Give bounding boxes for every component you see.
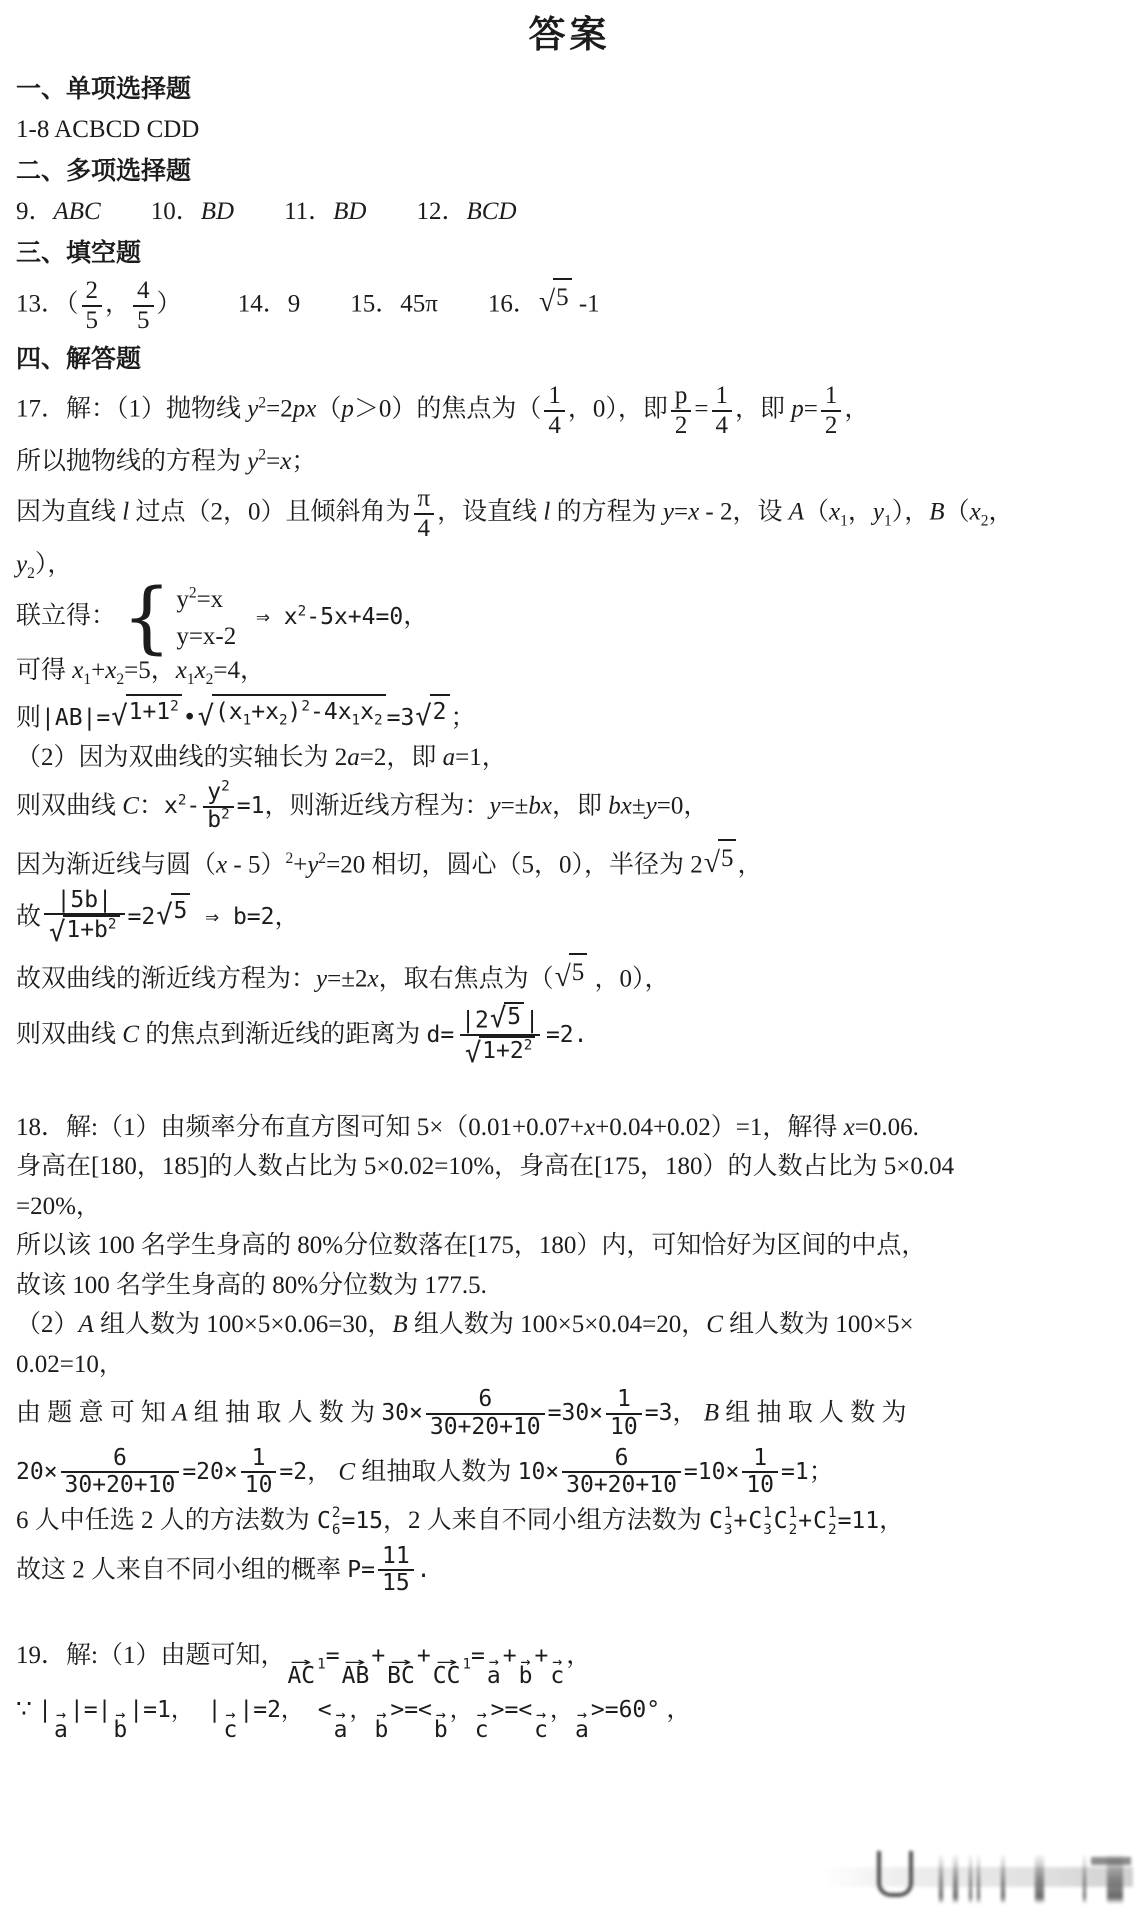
vector-arrow-icon: → [291,1657,312,1665]
radicand: 1+12 [126,694,182,729]
combination-base: C [709,1506,723,1538]
superscript: 2 [178,793,187,809]
math-variable: C [706,1311,723,1338]
math-variable: x [829,498,840,525]
combination-base: C [317,1506,331,1538]
smudge-bar [1083,1855,1086,1903]
vector: →a [334,1710,348,1741]
combination-indices: 13 [724,1505,733,1538]
math-variable: y [247,396,258,423]
fraction-denominator: 10 [742,1471,778,1499]
solution-line: 故|5b|√1+b2=2√5 ⇒ b=2， [16,888,1123,948]
solution-line: 0.02=10， [16,1348,1123,1383]
vector-letters: c [534,1719,548,1742]
fraction-numerator: 1 [712,382,733,410]
solution-line: 6 人中任选 2 人的方法数为 C26=15，2 人来自不同小组方法数为 C13… [16,1504,1123,1539]
math-variable: B [704,1399,719,1426]
combination-upper: 1 [763,1505,772,1521]
fraction-denominator: 10 [606,1413,642,1441]
fraction-numerator: 1 [544,382,565,410]
formula-run: P=1115. [347,1557,430,1583]
radicand: 5 [553,278,572,316]
square-root: √5 [490,1002,524,1031]
math-variable: y [646,792,657,819]
math-variable: bx [528,792,552,819]
equation-system: {y2=xy=x-2 [122,587,236,649]
square-root: √5 [539,278,572,316]
solution-line: （2）A 组人数为 100×5×0.06=30，B 组人数为 100×5×0.0… [16,1308,1123,1343]
fraction: π4 [413,485,434,543]
fraction-denominator: 30+20+10 [61,1471,180,1499]
vector-arrow-icon: → [345,1657,366,1665]
combination-base: C [774,1506,788,1538]
math-variable: x [280,448,291,475]
combination-indices: 12 [828,1505,837,1538]
formula-run: d=|2√5|√1+22=2. [426,1022,587,1048]
solution-line: 20×630+20+10=20×110=2， C 组抽取人数为 10×630+2… [16,1446,1123,1500]
fraction-denominator: b2 [203,806,233,834]
combination-upper: 2 [332,1505,341,1521]
solution-line: 17．解：（1）抛物线 y2=2px（p＞0）的焦点为（14，0），即p2=14… [16,382,1123,440]
math-variable: y [873,498,884,525]
formula-run: ⇒ x2-5x+4=0 [242,604,403,630]
section-heading: 四、解答题 [16,343,1123,378]
math-variable: BCD [467,198,517,225]
fraction-denominator: 30+20+10 [426,1413,545,1441]
fraction: |2√5|√1+22 [457,1002,543,1069]
fraction: p2 [671,382,692,440]
math-variable: A [79,1311,94,1338]
math-variable: y [247,448,258,475]
math-variable: l [122,498,129,525]
superscript: 2 [298,603,307,619]
math-variable: C [122,792,139,819]
superscript: 2 [285,850,293,867]
math-variable: l [543,498,550,525]
fraction: 14 [544,382,565,440]
combination-upper: 1 [724,1505,733,1521]
answer-document: 答案一、单项选择题1-8 ACBCD CDD二、多项选择题9．ABC 10．BD… [0,0,1137,1742]
equation-row: y=x-2 [176,624,236,649]
subscript: 1 [83,671,91,688]
superscript: 2 [258,394,266,411]
fraction: 110 [241,1446,277,1500]
fraction-denominator: 4 [544,410,565,440]
combination-symbol: C12 [774,1505,797,1538]
fraction: y2b2 [203,780,233,834]
solution-line: ∵ |→a|=|→b|=1， |→c|=2， <→a，→b>=<→b，→c>=<… [16,1693,1123,1742]
math-variable: a [443,744,456,771]
fraction-denominator: 5 [133,305,154,335]
math-variable: x [176,657,187,684]
solution-line: 18．解:（1）由频率分布直方图可知 5×（0.01+0.07+x+0.04+0… [16,1111,1123,1146]
formula-run: 30×630+20+10=30×110=3 [381,1400,672,1426]
fraction: 630+20+10 [562,1446,681,1500]
solution-line: 1-8 ACBCD CDD [16,113,1123,148]
fraction-denominator: 2 [821,410,842,440]
math-variable: C [338,1458,355,1485]
section-heading: 一、单项选择题 [16,73,1123,108]
smudge-bar [939,1855,943,1903]
radicand: 2 [430,694,450,729]
fraction: 630+20+10 [426,1387,545,1441]
formula-run: 20×630+20+10=20×110=2 [16,1459,307,1485]
math-variable: x [970,498,981,525]
formula-run: C26=15 [316,1508,383,1534]
superscript: 2 [301,698,310,714]
fraction: 45 [133,277,154,335]
fraction-numerator: p [671,382,692,410]
combination-lower: 2 [789,1522,798,1538]
square-root: √(x1+x2)2-4x1x2 [198,694,386,729]
formula-run: |AB|=√1+12•√(x1+x2)2-4x1x2=3√2 [41,705,450,731]
square-root: √5 [555,953,588,991]
math-variable: x [72,657,83,684]
smudge-u-shape [877,1851,913,1897]
fraction: 12 [821,382,842,440]
math-variable: y [16,551,27,578]
vector: →CC [433,1657,461,1688]
fraction-numerator: 4 [133,277,154,305]
smudge-bar [969,1855,972,1903]
math-variable: y [663,498,674,525]
vector-letters: b [375,1719,389,1742]
fraction: 110 [606,1387,642,1441]
math-variable: BD [201,198,234,225]
vector-arrow-icon: → [391,1657,412,1665]
fraction: 630+20+10 [61,1446,180,1500]
solution-line: 身高在[180，185]的人数占比为 5×0.02=10%，身高在[175，18… [16,1150,1123,1185]
math-variable: y [307,851,318,878]
fraction: |5b|√1+b2 [44,888,124,948]
brace-icon: { [122,588,171,648]
vector-letters: c [550,1665,564,1688]
solution-line: y2）， [16,548,1123,583]
fraction-denominator: 5 [82,305,103,335]
fraction-denominator: 2 [671,410,692,440]
combination-indices: 13 [763,1505,772,1538]
paragraph-spacer [16,1602,1123,1634]
combination-upper: 1 [789,1505,798,1521]
fraction: 25 [82,277,103,335]
equation-row: y2=x [176,587,236,612]
math-variable: x [216,851,227,878]
solution-line: 因为渐近线与圆（x - 5）2+y2=20 相切，圆心（5，0），半径为 2√5… [16,839,1123,883]
fraction-numerator: 1 [749,1446,771,1472]
radicand: 5 [569,953,588,991]
vector-letters: a [575,1719,589,1742]
solution-line: 故这 2 人来自不同小组的概率 P=1115. [16,1544,1123,1598]
radicand: 1+22 [479,1036,535,1065]
equation-rows: y2=xy=x-2 [176,587,236,649]
fraction-numerator: 1 [821,382,842,410]
subscript: 2 [27,565,35,582]
smudge-bar [1035,1855,1044,1903]
solution-line: 9．ABC 10．BD 11．BD 12．BCD [16,195,1123,230]
math-variable: B [929,498,944,525]
smudge-cap [1091,1857,1131,1865]
fraction-numerator: y2 [203,780,233,806]
vector: →c [534,1710,548,1741]
math-variable: px [293,396,317,423]
superscript: 2 [258,447,266,464]
combination-symbol: C12 [813,1505,836,1538]
vector: →AC [287,1657,315,1688]
combination-lower: 6 [332,1522,341,1538]
subscript: 2 [279,712,288,728]
superscript: 2 [221,779,230,795]
subscript: 2 [116,671,124,688]
combination-symbol: C26 [317,1505,340,1538]
subscript: 1 [462,1657,471,1673]
smudge-bar [977,1855,980,1903]
math-variable: bx [608,792,632,819]
subscript: 1 [187,671,195,688]
vector: →c [475,1710,489,1741]
vector: →b [434,1710,448,1741]
combination-upper: 1 [828,1505,837,1521]
math-variable: ABC [54,198,101,225]
combination-indices: 26 [332,1505,341,1538]
solution-line: 所以抛物线的方程为 y2=x； [16,445,1123,480]
combination-base: C [748,1506,762,1538]
fraction-numerator: 1 [613,1387,635,1413]
radicand: 5 [718,839,737,877]
subscript: 2 [206,671,214,688]
combination-symbol: C13 [748,1505,771,1538]
formula-run: 10×630+20+10=10×110=1 [518,1459,809,1485]
section-heading: 三、填空题 [16,237,1123,272]
vector-letters: c [224,1719,238,1742]
solution-line: （2）因为双曲线的实轴长为 2a=2，即 a=1， [16,741,1123,776]
math-variable: x [195,657,206,684]
vector: →b [375,1710,389,1741]
vector: →AB [342,1657,370,1688]
vector: →BC [387,1657,415,1688]
solution-line: 则双曲线 C：x2-y2b2=1，则渐近线方程为：y=±bx，即 bx±y=0， [16,780,1123,834]
solution-line: 则|AB|=√1+12•√(x1+x2)2-4x1x2=3√2； [16,694,1123,736]
fraction-denominator: 4 [414,513,435,543]
subscript: 1 [243,712,252,728]
square-root: √1+b2 [49,915,119,944]
superscript: 2 [524,1038,533,1054]
subscript: 1 [317,1657,326,1673]
combination-symbol: C13 [709,1505,732,1538]
math-variable: BD [333,198,366,225]
math-variable: A [789,498,804,525]
fraction: 1115 [378,1544,414,1598]
solution-line: 由 题 意 可 知 A 组 抽 取 人 数 为 30×630+20+10=30×… [16,1387,1123,1441]
subscript: 1 [352,712,361,728]
math-variable: p [341,396,354,423]
math-variable: A [172,1399,187,1426]
combination-lower: 2 [828,1522,837,1538]
math-variable: C [122,1021,139,1048]
paragraph-spacer [16,1074,1123,1106]
solution-line: 所以该 100 名学生身高的 80%分位数落在[175，180）内，可知恰好为区… [16,1229,1123,1264]
vector-letters: b [519,1665,533,1688]
page-title: 答案 [16,10,1123,61]
vector: →a [54,1710,68,1741]
vector-letters: b [434,1719,448,1742]
superscript: 2 [108,917,117,933]
smudge-bar [1001,1855,1005,1903]
subscript: 1 [840,512,848,529]
combination-lower: 3 [763,1522,772,1538]
solution-line: 则双曲线 C 的焦点到渐近线的距离为 d=|2√5|√1+22=2. [16,1002,1123,1069]
solution-line: =20%， [16,1190,1123,1225]
fraction-numerator: 6 [109,1446,131,1472]
fraction-numerator: 2 [82,277,103,305]
vector-arrow-icon: → [436,1657,457,1665]
fraction-denominator: 30+20+10 [562,1471,681,1499]
vector: →a [575,1710,589,1741]
fraction: 110 [742,1446,778,1500]
fraction-numerator: |5b| [53,888,116,914]
fraction-denominator: √1+22 [460,1034,540,1068]
fraction-numerator: π [413,485,434,513]
solution-line: 因为直线 l 过点（2，0）且倾斜角为π4，设直线 l 的方程为 y=x - 2… [16,485,1123,543]
math-variable: x [844,1114,855,1141]
vector: →c [224,1710,238,1741]
vector: →a [487,1657,501,1688]
formula-run: →AC1=→AB+→BC+→CC1=→a+→b+→c [285,1643,566,1669]
fraction-numerator: |2√5| [457,1002,543,1034]
subscript: 2 [374,712,383,728]
vector-letters: a [487,1665,501,1688]
radicand: 1+b2 [63,915,119,944]
math-variable: p [791,396,804,423]
smudge-bar [953,1855,958,1903]
combination-lower: 3 [724,1522,733,1538]
superscript: 2 [189,585,197,602]
square-root: √1+22 [465,1036,535,1065]
vector: →c [550,1657,564,1688]
subscript: 1 [884,512,892,529]
section-heading: 二、多项选择题 [16,155,1123,190]
math-variable: x [105,657,116,684]
formula-run: C13+C13C12+C12=11 [708,1508,879,1534]
superscript: 2 [318,850,326,867]
math-variable: x [584,1114,595,1141]
math-variable: a [347,744,360,771]
fraction-numerator: 1 [248,1446,270,1472]
superscript: 2 [221,806,230,822]
formula-run: |5b|√1+b2=2√5 ⇒ b=2 [41,904,274,930]
radicand: 5 [171,893,191,928]
vector-letters: a [54,1719,68,1742]
math-variable: x [367,965,378,992]
formula-run: x2-y2b2=1 [164,793,264,819]
math-variable: B [392,1311,407,1338]
superscript: 2 [170,698,179,714]
solution-line: 故该 100 名学生身高的 80%分位数为 177.5. [16,1269,1123,1304]
square-root: √5 [156,893,190,928]
subscript: 2 [981,512,989,529]
math-variable: y [316,965,327,992]
solution-line: 19．解:（1）由题可知，→AC1=→AB+→BC+→CC1=→a+→b+→c， [16,1639,1123,1688]
solution-line: 故双曲线的渐近线方程为：y=±2x，取右焦点为（√5 ，0）， [16,953,1123,997]
vector-letters: b [113,1719,127,1742]
vector-letters: c [475,1719,489,1742]
fraction-numerator: 6 [474,1387,496,1413]
solution-line: 可得 x1+x2=5，x1x2=4， [16,654,1123,689]
vector: →b [113,1710,127,1741]
combination-base: C [813,1506,827,1538]
math-variable: y [489,792,500,819]
square-root: √5 [704,839,737,877]
formula-run: |→a|=|→b|=1， |→c|=2， <→a，→b>=<→b，→c>=<→c… [38,1697,660,1723]
scan-smudge-artifact [819,1847,1133,1911]
fraction-numerator: 11 [378,1544,414,1570]
fraction: 14 [712,382,733,440]
math-variable: x [688,498,699,525]
fraction-denominator: 4 [712,410,733,440]
vector-letters: a [334,1719,348,1742]
fraction-numerator: 6 [611,1446,633,1472]
fraction-denominator: 15 [378,1569,414,1597]
combination-indices: 12 [789,1505,798,1538]
solution-line: 联立得：{y2=xy=x-2 ⇒ x2-5x+4=0， [16,587,1123,649]
vector: →b [519,1657,533,1688]
square-root: √1+12 [111,694,181,729]
square-root: √2 [415,694,449,729]
fraction-denominator: 10 [241,1471,277,1499]
radicand: (x1+x2)2-4x1x2 [212,694,386,729]
radicand: 5 [504,1002,524,1031]
solution-line: 13．（25，45） 14．9 15．45π 16．√5 -1 [16,277,1123,335]
fraction-denominator: √1+b2 [44,913,124,947]
